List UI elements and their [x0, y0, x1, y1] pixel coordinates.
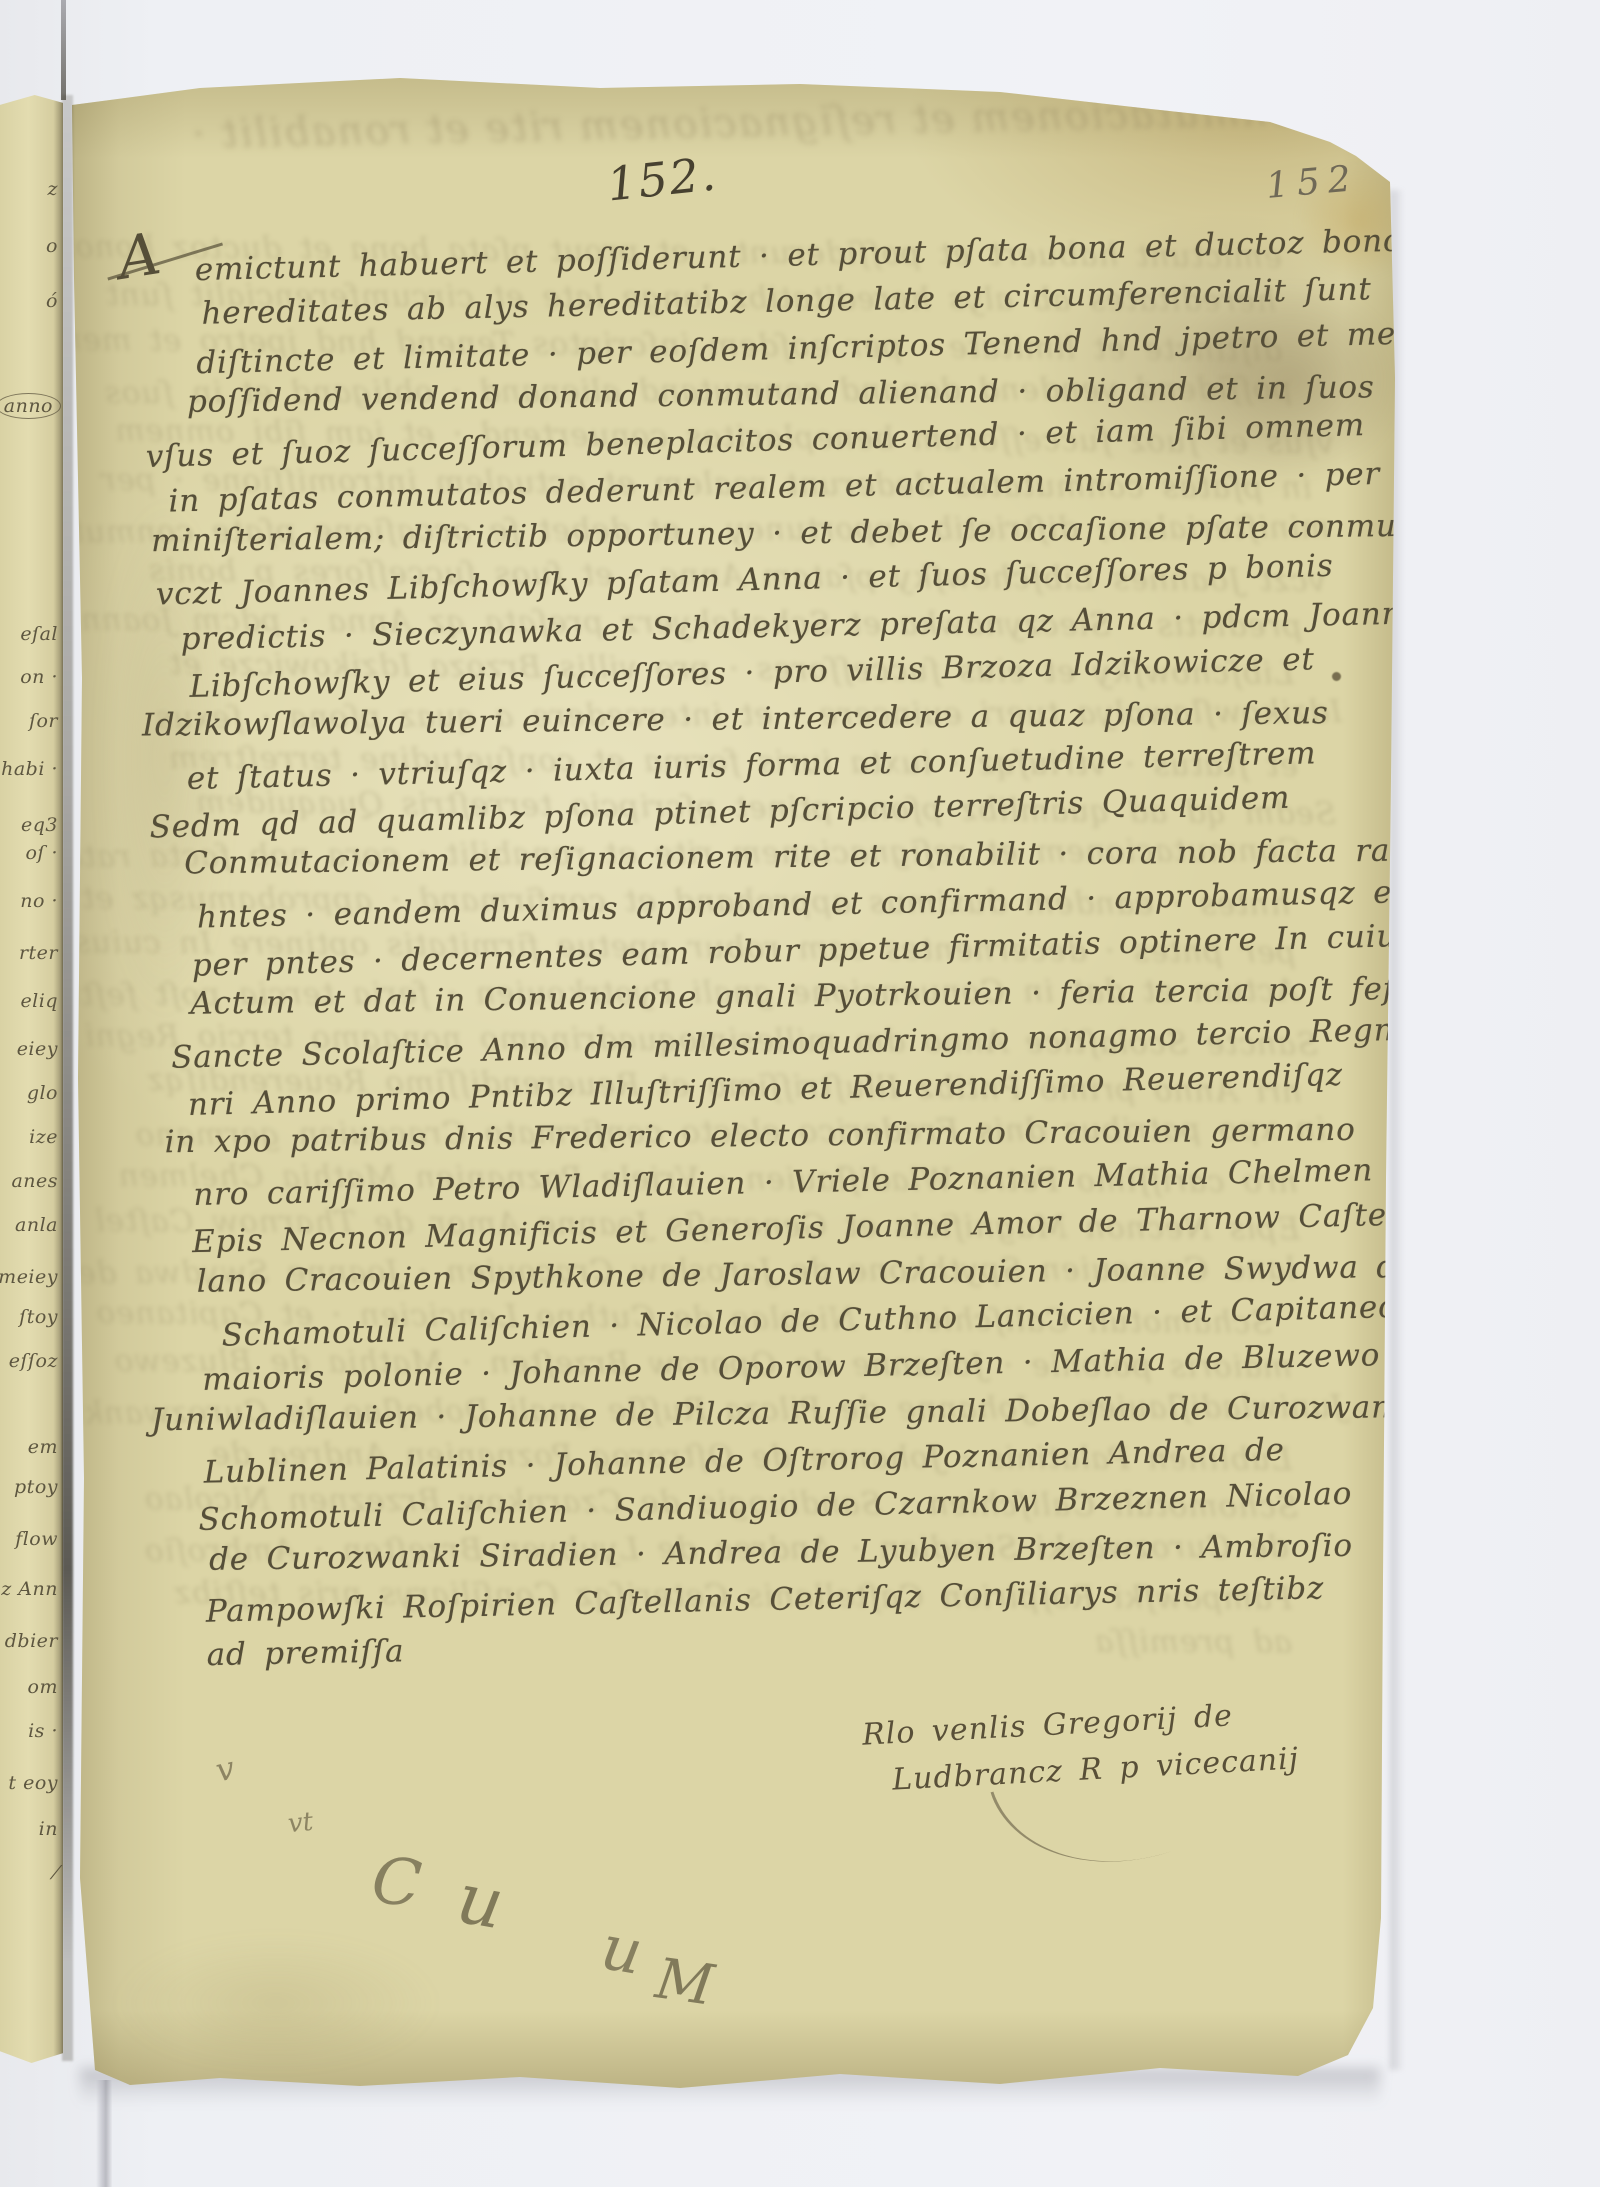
pen-trial-mark: vt — [287, 1807, 315, 1839]
margin-word-fragment: em — [28, 1436, 58, 1458]
margin-word-fragment: z Ann — [1, 1578, 58, 1600]
gutter-shadow — [62, 95, 73, 2061]
margin-word-fragment: in — [39, 1818, 58, 1840]
margin-word-fragment: ó — [46, 290, 58, 312]
margin-word-fragment: flow — [15, 1528, 58, 1550]
pen-trials: vvtCuuM — [66, 78, 1396, 2090]
margin-word-fragment: rter — [19, 942, 58, 964]
pen-trial-mark: u — [451, 1857, 510, 1946]
margin-word-fragment: anla — [15, 1214, 58, 1236]
margin-word-fragment: ptoy — [14, 1476, 58, 1498]
pen-trial-mark: u — [596, 1910, 648, 1989]
margin-word-fragment: eſſoz — [9, 1350, 58, 1372]
margin-word-fragment: anno — [0, 393, 61, 419]
pen-trial-mark: M — [652, 1946, 718, 2018]
margin-word-fragment: ſtoy — [19, 1306, 58, 1328]
margin-word-fragment: t eoy — [8, 1772, 58, 1794]
margin-word-fragment: z — [47, 178, 58, 200]
margin-word-fragment: om — [28, 1676, 58, 1698]
pen-trial-mark: C — [368, 1844, 424, 1923]
margin-word-fragment: o — [46, 235, 58, 257]
margin-word-fragment: habi · — [1, 758, 58, 780]
margin-word-fragment: eq3 — [21, 814, 58, 836]
manuscript-page: emictunt habuert et poſſiderunt · et pro… — [66, 78, 1396, 2090]
previous-page-edge: zoóannoeſalon ·ſorhabi ·eq3oſ ·no ·rtere… — [0, 95, 63, 2063]
scan-background: zoóannoeſalon ·ſorhabi ·eq3oſ ·no ·rtere… — [0, 0, 1600, 2187]
margin-word-fragment: oſ · — [25, 842, 58, 864]
margin-word-fragment: eliq — [20, 990, 58, 1012]
margin-word-fragment: ⁄ — [54, 1862, 58, 1884]
margin-word-fragment: glo — [27, 1082, 58, 1104]
margin-word-fragment: no · — [20, 890, 58, 912]
binding-crease-line — [61, 0, 66, 100]
margin-word-fragment: eiey — [17, 1038, 58, 1060]
pen-trial-mark: v — [212, 1749, 238, 1790]
margin-word-fragment: mmeiey — [0, 1266, 58, 1288]
margin-word-fragment: dbier — [5, 1630, 58, 1652]
margin-word-fragment: is · — [28, 1720, 58, 1742]
margin-word-fragment: ſor — [29, 710, 58, 732]
margin-word-fragment: ize — [29, 1126, 58, 1148]
margin-word-fragment: eſal — [20, 623, 58, 645]
page-separator-strip — [96, 2080, 112, 2187]
margin-word-fragment: on · — [20, 666, 58, 688]
margin-word-fragment: anes — [11, 1170, 58, 1192]
